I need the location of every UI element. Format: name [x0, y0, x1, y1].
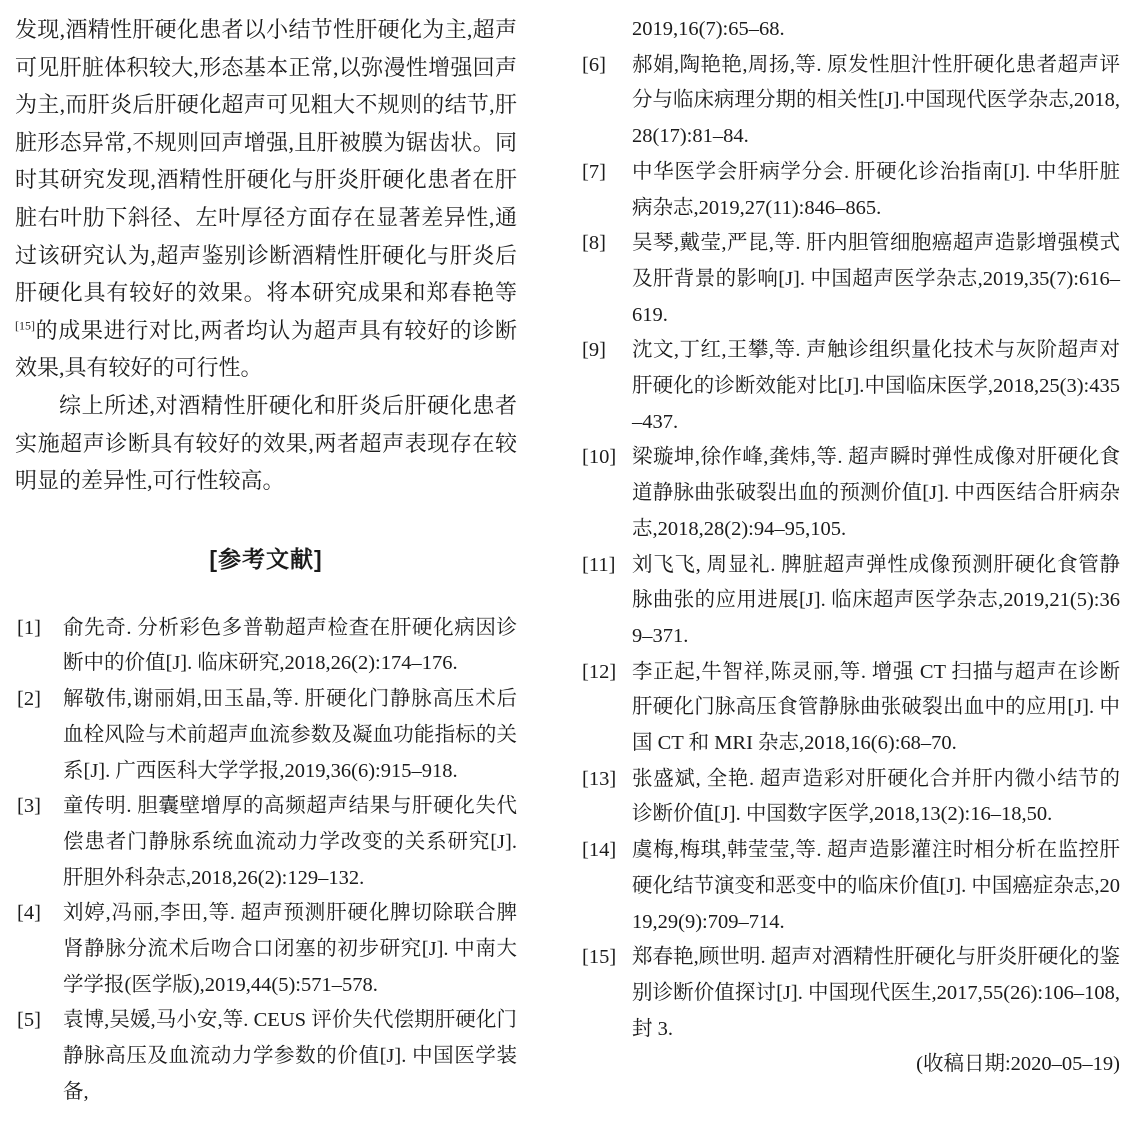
references-list-left: [1]俞先奇. 分析彩色多普勒超声检查在肝硬化病因诊断中的价值[J]. 临床研究…	[15, 611, 517, 1111]
reference-number: [7]	[582, 155, 606, 191]
reference-number: [15]	[582, 940, 616, 976]
reference-text: 郑春艳,顾世明. 超声对酒精性肝硬化与肝炎肝硬化的鉴别诊断价值探讨[J]. 中国…	[632, 946, 1120, 1039]
reference-text: 梁璇坤,徐作峰,龚炜,等. 超声瞬时弹性成像对肝硬化食道静脉曲张破裂出血的预测价…	[632, 446, 1120, 539]
reference-text: 李正起,牛智祥,陈灵丽,等. 增强 CT 扫描与超声在诊断肝硬化门脉高压食管静脉…	[632, 661, 1120, 754]
reference-text: 吴琴,戴莹,严昆,等. 肝内胆管细胞癌超声造影增强模式及肝背景的影响[J]. 中…	[632, 232, 1120, 325]
reference-item: [15]郑春艳,顾世明. 超声对酒精性肝硬化与肝炎肝硬化的鉴别诊断价值探讨[J]…	[582, 940, 1120, 1047]
reference-number: [5]	[17, 1003, 41, 1039]
body-paragraph-conclusion: 综上所述,对酒精性肝硬化和肝炎后肝硬化患者实施超声诊断具有较好的效果,两者超声表…	[15, 387, 517, 500]
reference-number: [9]	[582, 333, 606, 369]
references-heading: [参考文献]	[15, 541, 517, 574]
reference-text: 童传明. 胆囊壁增厚的高频超声结果与肝硬化失代偿患者门静脉系统血流动力学改变的关…	[63, 795, 517, 888]
reference-text: 中华医学会肝病学分会. 肝硬化诊治指南[J]. 中华肝脏病杂志,2019,27(…	[632, 161, 1120, 219]
reference-item: [4]刘婷,冯丽,李田,等. 超声预测肝硬化脾切除联合脾肾静脉分流术后吻合口闭塞…	[15, 896, 517, 1003]
reference-item: [12]李正起,牛智祥,陈灵丽,等. 增强 CT 扫描与超声在诊断肝硬化门脉高压…	[582, 655, 1120, 762]
reference-text: 虞梅,梅琪,韩莹莹,等. 超声造影灌注时相分析在监控肝硬化结节演变和恶变中的临床…	[632, 839, 1120, 932]
reference-text: 刘婷,冯丽,李田,等. 超声预测肝硬化脾切除联合脾肾静脉分流术后吻合口闭塞的初步…	[63, 902, 517, 995]
reference-number: [10]	[582, 440, 616, 476]
references-list-right: 2019,16(7):65–68.[6]郝娟,陶艳艳,周扬,等. 原发性胆汁性肝…	[582, 12, 1120, 1047]
reference-text: 解敬伟,谢丽娟,田玉晶,等. 肝硬化门静脉高压术后血栓风险与术前超声血流参数及凝…	[63, 688, 517, 781]
reference-text: 张盛斌, 全艳. 超声造彩对肝硬化合并肝内微小结节的诊断价值[J]. 中国数字医…	[632, 768, 1120, 826]
right-column: 2019,16(7):65–68.[6]郝娟,陶艳艳,周扬,等. 原发性胆汁性肝…	[582, 12, 1120, 1083]
reference-number: [2]	[17, 682, 41, 718]
reference-number: [12]	[582, 655, 616, 691]
reference-item: [7]中华医学会肝病学分会. 肝硬化诊治指南[J]. 中华肝脏病杂志,2019,…	[582, 155, 1120, 226]
reference-number: [1]	[17, 611, 41, 647]
reference-item: [5]袁博,吴媛,马小安,等. CEUS 评价失代偿期肝硬化门静脉高压及血流动力…	[15, 1003, 517, 1110]
body-paragraph-continuation: 发现,酒精性肝硬化患者以小结节性肝硬化为主,超声可见肝脏体积较大,形态基本正常,…	[15, 11, 517, 387]
reference-item: [10]梁璇坤,徐作峰,龚炜,等. 超声瞬时弹性成像对肝硬化食道静脉曲张破裂出血…	[582, 440, 1120, 547]
reference-item: [2]解敬伟,谢丽娟,田玉晶,等. 肝硬化门静脉高压术后血栓风险与术前超声血流参…	[15, 682, 517, 789]
reference-number: [6]	[582, 48, 606, 84]
reference-number: [14]	[582, 833, 616, 869]
reference-number: [3]	[17, 789, 41, 825]
paragraph-text: 的成果进行对比,两者均认为超声具有较好的诊断效果,具有较好的可行性。	[15, 318, 517, 381]
reference-item: [11]刘飞飞, 周显礼. 脾脏超声弹性成像预测肝硬化食管静脉曲张的应用进展[J…	[582, 548, 1120, 655]
reference-text: 俞先奇. 分析彩色多普勒超声检查在肝硬化病因诊断中的价值[J]. 临床研究,20…	[63, 617, 517, 675]
left-column: 发现,酒精性肝硬化患者以小结节性肝硬化为主,超声可见肝脏体积较大,形态基本正常,…	[15, 11, 517, 1111]
reference-item: [13]张盛斌, 全艳. 超声造彩对肝硬化合并肝内微小结节的诊断价值[J]. 中…	[582, 762, 1120, 833]
reference-text: 袁博,吴媛,马小安,等. CEUS 评价失代偿期肝硬化门静脉高压及血流动力学参数…	[63, 1009, 517, 1102]
reference-item: [3]童传明. 胆囊壁增厚的高频超声结果与肝硬化失代偿患者门静脉系统血流动力学改…	[15, 789, 517, 896]
reference-item: [9]沈文,丁红,王攀,等. 声触诊组织量化技术与灰阶超声对肝硬化的诊断效能对比…	[582, 333, 1120, 440]
reference-text: 刘飞飞, 周显礼. 脾脏超声弹性成像预测肝硬化食管静脉曲张的应用进展[J]. 临…	[632, 554, 1120, 647]
reference-item: [8]吴琴,戴莹,严昆,等. 肝内胆管细胞癌超声造影增强模式及肝背景的影响[J]…	[582, 226, 1120, 333]
reference-continuation: 2019,16(7):65–68.	[582, 12, 1120, 48]
reference-text: 郝娟,陶艳艳,周扬,等. 原发性胆汁性肝硬化患者超声评分与临床病理分期的相关性[…	[632, 54, 1120, 147]
reference-number: [4]	[17, 896, 41, 932]
reference-number: [11]	[582, 548, 615, 584]
journal-article-page: 发现,酒精性肝硬化患者以小结节性肝硬化为主,超声可见肝脏体积较大,形态基本正常,…	[0, 0, 1142, 1122]
citation-marker: [15]	[15, 318, 35, 332]
reference-item: [6]郝娟,陶艳艳,周扬,等. 原发性胆汁性肝硬化患者超声评分与临床病理分期的相…	[582, 48, 1120, 155]
reference-text: 2019,16(7):65–68.	[632, 18, 785, 40]
reference-text: 沈文,丁红,王攀,等. 声触诊组织量化技术与灰阶超声对肝硬化的诊断效能对比[J]…	[632, 339, 1120, 432]
received-date: (收稿日期:2020–05–19)	[582, 1047, 1120, 1083]
reference-number: [13]	[582, 762, 616, 798]
paragraph-text: 发现,酒精性肝硬化患者以小结节性肝硬化为主,超声可见肝脏体积较大,形态基本正常,…	[15, 17, 517, 305]
reference-item: [14]虞梅,梅琪,韩莹莹,等. 超声造影灌注时相分析在监控肝硬化结节演变和恶变…	[582, 833, 1120, 940]
reference-number: [8]	[582, 226, 606, 262]
reference-item: [1]俞先奇. 分析彩色多普勒超声检查在肝硬化病因诊断中的价值[J]. 临床研究…	[15, 611, 517, 682]
